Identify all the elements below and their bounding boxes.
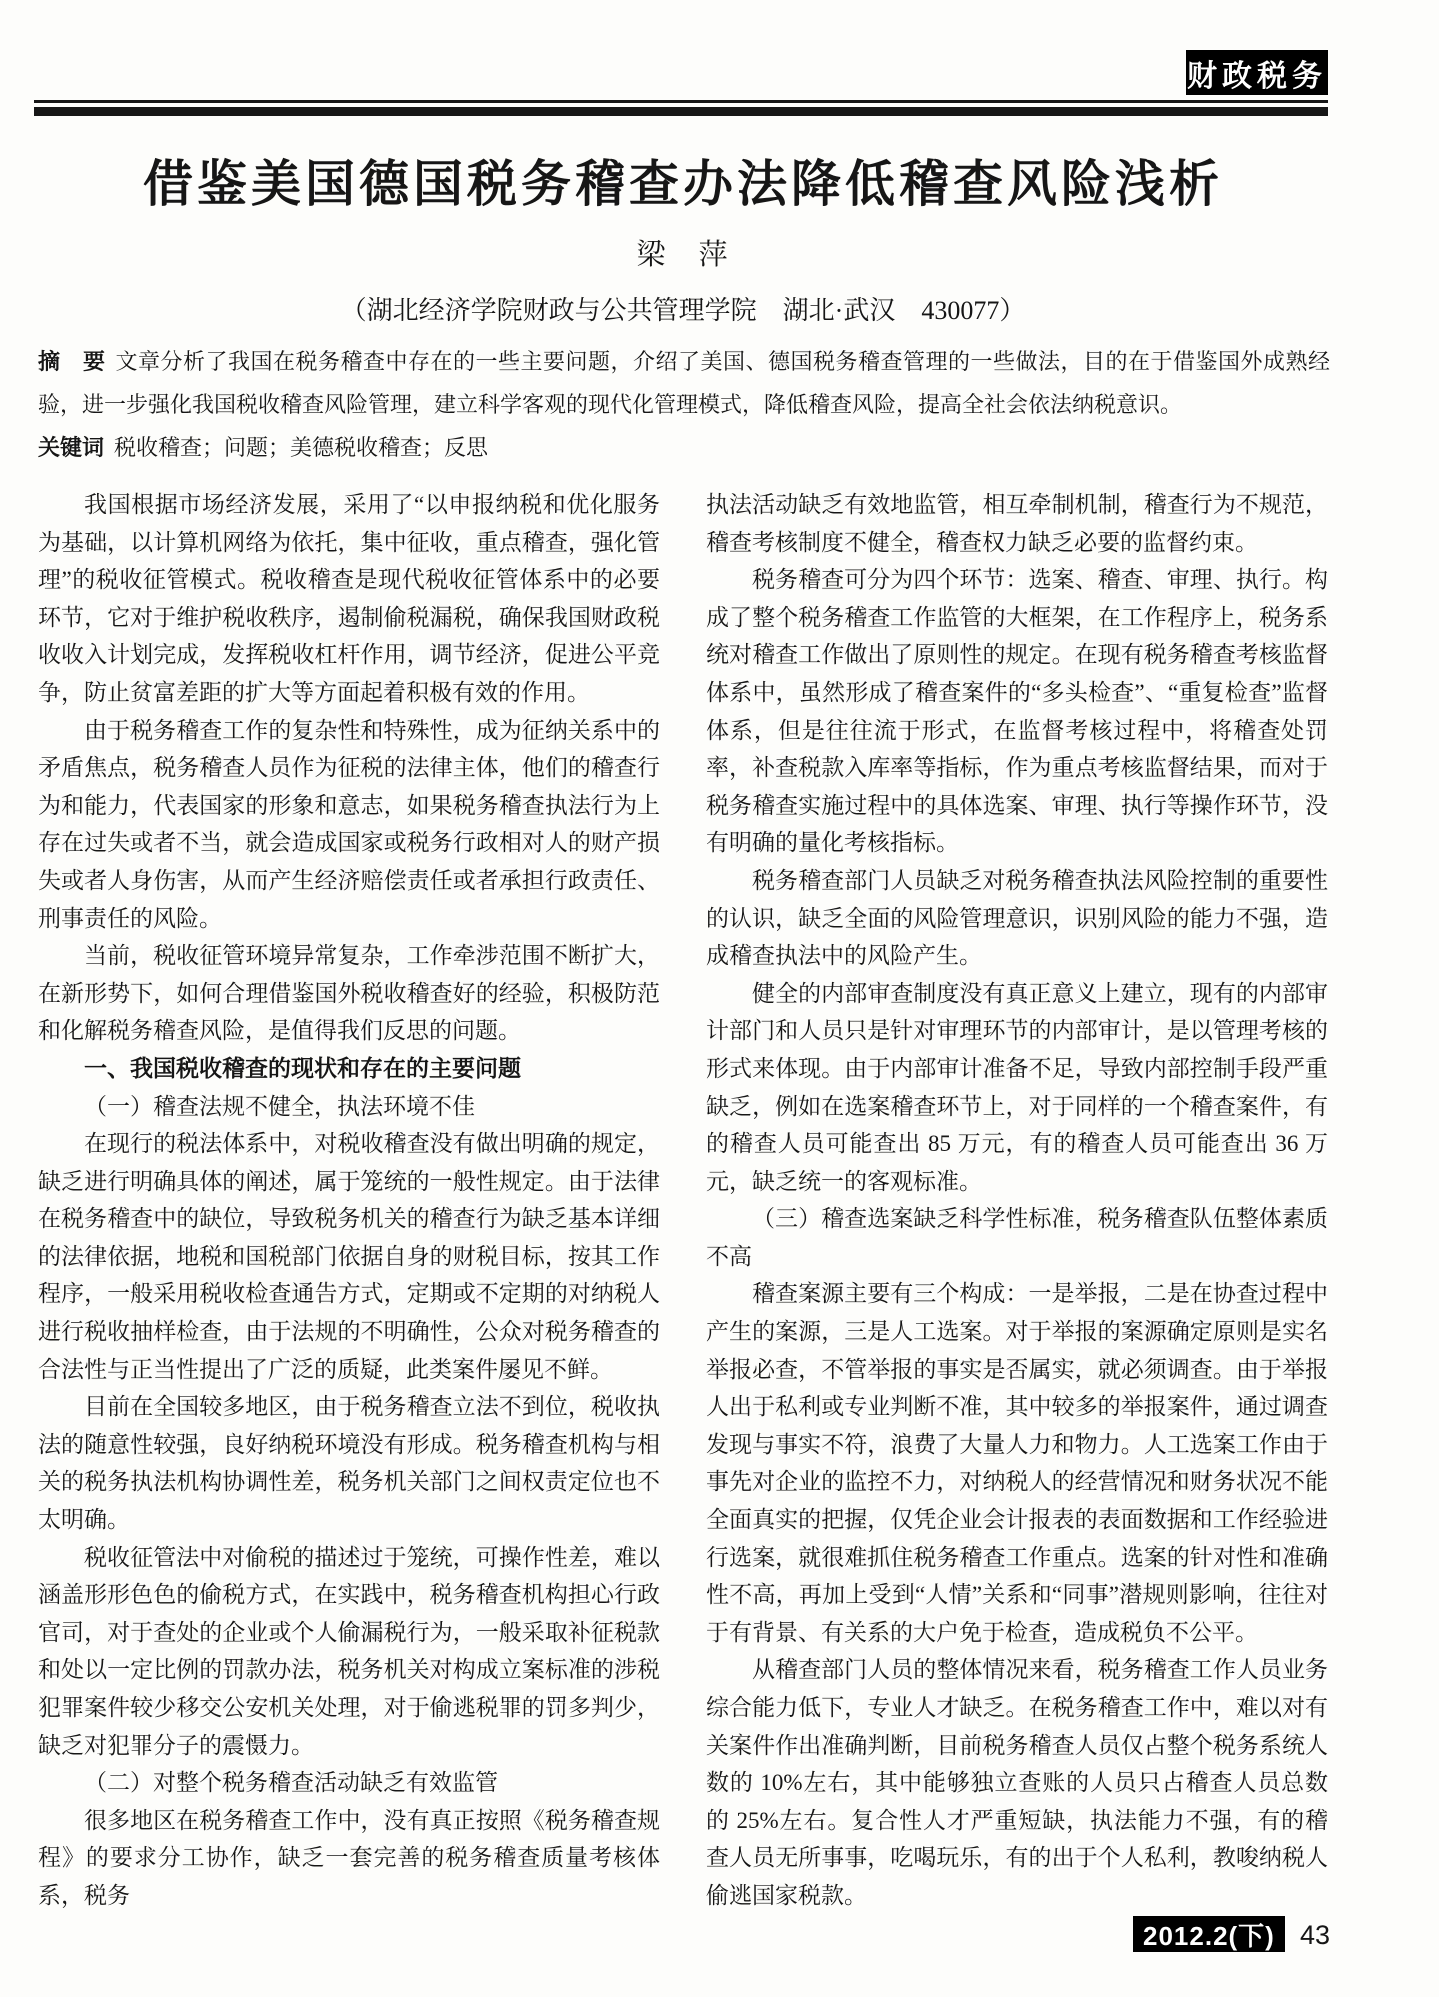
keywords: 关键词税收稽查；问题；美德税收稽查；反思 xyxy=(38,426,1330,469)
paragraph: 我国根据市场经济发展，采用了“以申报纳税和优化服务为基础，以计算机网络为依托，集… xyxy=(38,486,660,712)
subsection-heading: （三）稽查选案缺乏科学性标准，税务稽查队伍整体素质不高 xyxy=(706,1200,1328,1275)
right-column: 执法活动缺乏有效地监管，相互牵制机制，稽查行为不规范，稽查考核制度不健全，稽查权… xyxy=(706,486,1328,1915)
subsection-heading: （一）稽查法规不健全，执法环境不佳 xyxy=(38,1088,660,1126)
paragraph: 由于税务稽查工作的复杂性和特殊性，成为征纳关系中的矛盾焦点，税务稽查人员作为征税… xyxy=(38,712,660,938)
paragraph: 在现行的税法体系中，对税收稽查没有做出明确的规定，缺乏进行明确具体的阐述，属于笼… xyxy=(38,1125,660,1388)
abstract: 摘 要文章分析了我国在税务稽查中存在的一些主要问题，介绍了美国、德国税务稽查管理… xyxy=(38,340,1330,426)
section-heading: 一、我国税收稽查的现状和存在的主要问题 xyxy=(38,1050,660,1088)
abstract-text: 文章分析了我国在税务稽查中存在的一些主要问题，介绍了美国、德国税务稽查管理的一些… xyxy=(38,349,1330,417)
paragraph: 当前，税收征管环境异常复杂，工作牵涉范围不断扩大，在新形势下，如何合理借鉴国外税… xyxy=(38,937,660,1050)
paragraph: 稽查案源主要有三个构成：一是举报，二是在协查过程中产生的案源，三是人工选案。对于… xyxy=(706,1275,1328,1651)
paragraph: 健全的内部审查制度没有真正意义上建立，现有的内部审计部门和人员只是针对审理环节的… xyxy=(706,975,1328,1201)
abstract-label: 摘 要 xyxy=(38,349,106,374)
author-affiliation: （湖北经济学院财政与公共管理学院 湖北·武汉 430077） xyxy=(38,290,1328,327)
paragraph: 目前在全国较多地区，由于税务稽查立法不到位，税收执法的随意性较强，良好纳税环境没… xyxy=(38,1388,660,1538)
abstract-block: 摘 要文章分析了我国在税务稽查中存在的一些主要问题，介绍了美国、德国税务稽查管理… xyxy=(38,340,1330,469)
keywords-text: 税收稽查；问题；美德税收稽查；反思 xyxy=(114,435,488,460)
paragraph-continuation: 执法活动缺乏有效地监管，相互牵制机制，稽查行为不规范，稽查考核制度不健全，稽查权… xyxy=(706,486,1328,561)
header-rule-thin xyxy=(34,100,1328,103)
issue-badge: 2012.2(下) xyxy=(1133,1916,1285,1952)
left-column: 我国根据市场经济发展，采用了“以申报纳税和优化服务为基础，以计算机网络为依托，集… xyxy=(38,486,660,1915)
author-name: 梁 萍 xyxy=(38,232,1328,273)
journal-page: 财政税务 借鉴美国德国税务稽查办法降低稽查风险浅析 梁 萍 （湖北经济学院财政与… xyxy=(0,0,1439,1997)
subsection-heading: （二）对整个税务稽查活动缺乏有效监管 xyxy=(38,1764,660,1802)
paragraph: 从稽查部门人员的整体情况来看，税务稽查工作人员业务综合能力低下，专业人才缺乏。在… xyxy=(706,1651,1328,1914)
paragraph: 税务稽查可分为四个环节：选案、稽查、审理、执行。构成了整个税务稽查工作监管的大框… xyxy=(706,561,1328,862)
header-rule-thick xyxy=(34,107,1328,116)
paragraph: 很多地区在税务稽查工作中，没有真正按照《税务稽查规程》的要求分工协作，缺乏一套完… xyxy=(38,1802,660,1915)
article-title: 借鉴美国德国税务稽查办法降低稽查风险浅析 xyxy=(38,150,1328,218)
paragraph: 税务稽查部门人员缺乏对税务稽查执法风险控制的重要性的认识，缺乏全面的风险管理意识… xyxy=(706,862,1328,975)
paragraph: 税收征管法中对偷税的描述过于笼统，可操作性差，难以涵盖形形色色的偷税方式，在实践… xyxy=(38,1539,660,1765)
page-number: 43 xyxy=(1300,1920,1330,1951)
keywords-label: 关键词 xyxy=(38,435,104,460)
category-badge: 财政税务 xyxy=(1186,50,1328,95)
